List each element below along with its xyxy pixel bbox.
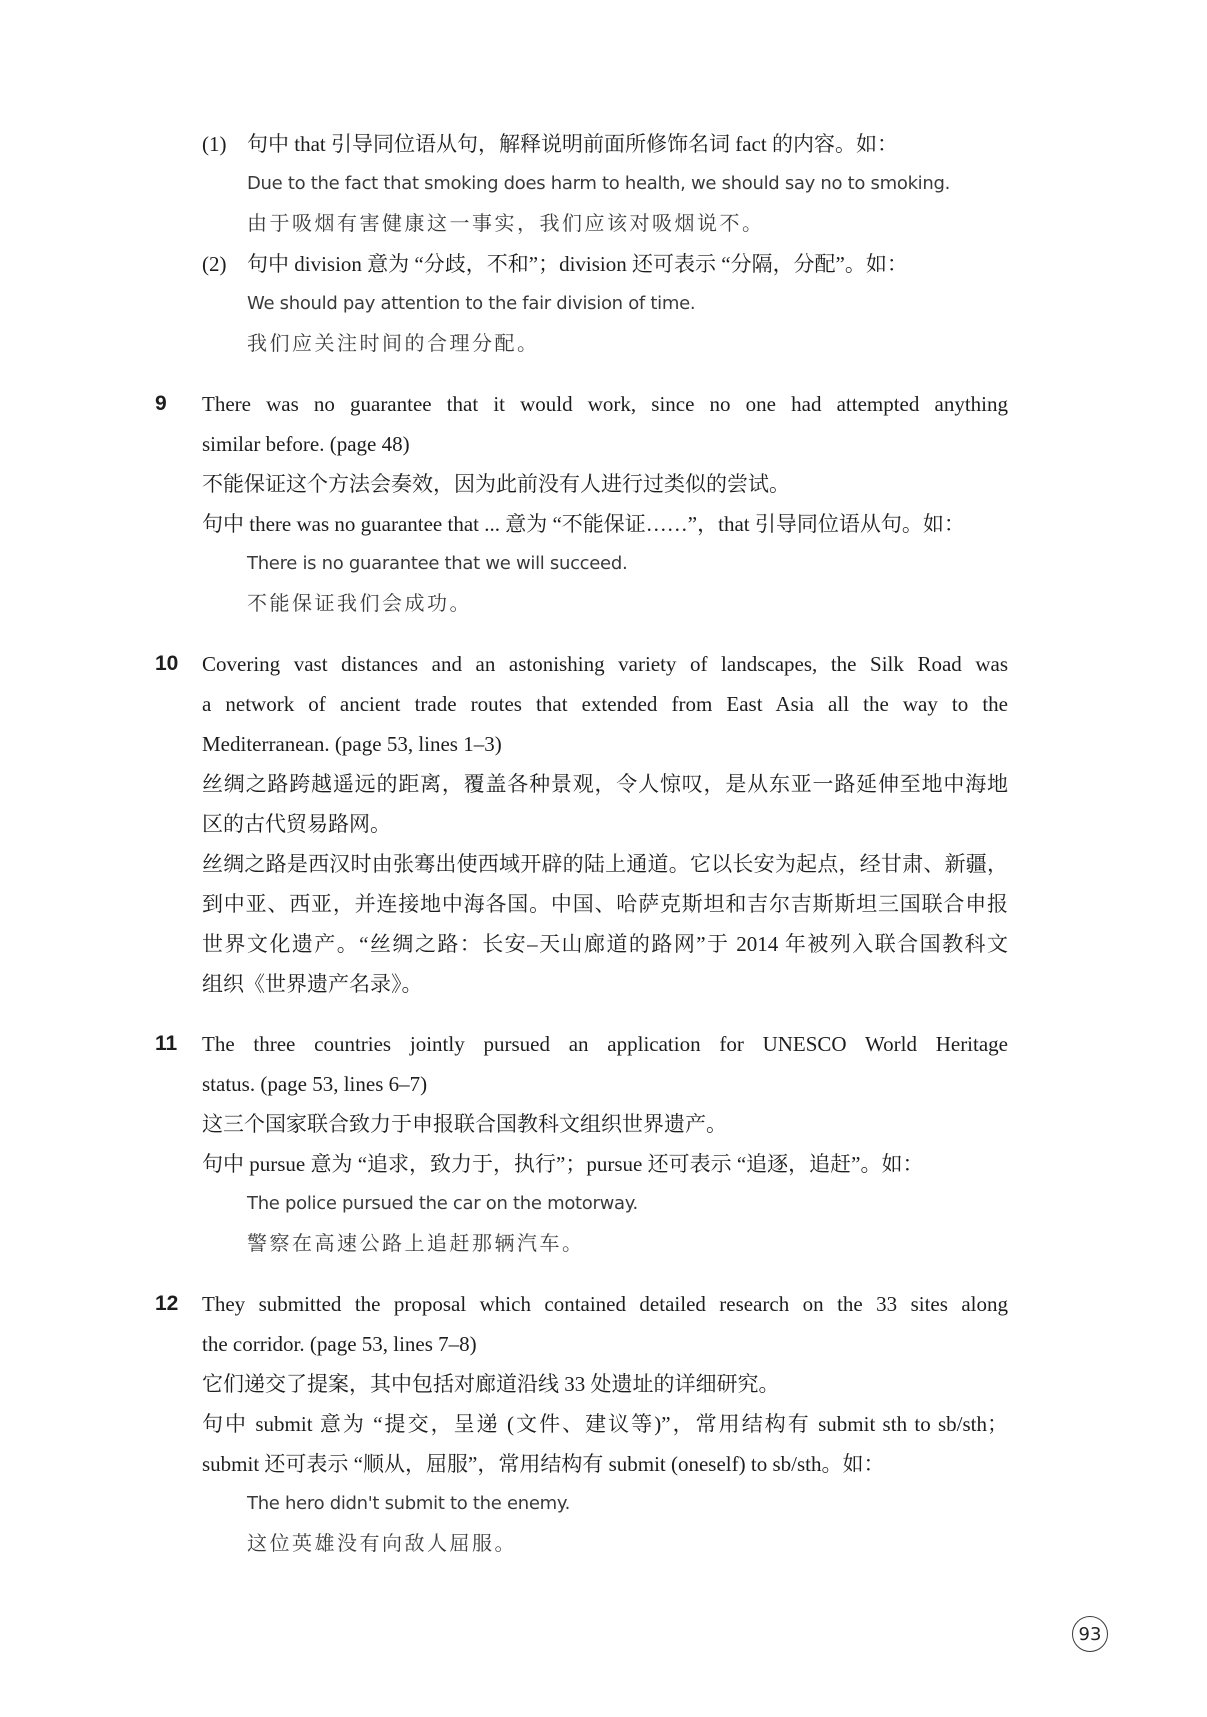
item-number: 11 [155, 1024, 199, 1064]
background-note-line: 丝绸之路是西汉时由张骞出使西域开辟的陆上通道。它以长安为起点，经甘肃、新疆， [202, 844, 1008, 884]
grammar-note: 句中 pursue 意为 “追求，致力于，执行”；pursue 还可表示 “追逐… [202, 1144, 1008, 1184]
example-translation-zh: 不能保证我们会成功。 [247, 584, 1008, 624]
example-sentence-en: There is no guarantee that we will succe… [247, 544, 1008, 584]
item-number: 10 [155, 644, 199, 684]
sentence-line: Covering vast distances and an astonishi… [202, 644, 1008, 684]
background-note-line: 组织《世界遗产名录》。 [202, 964, 1008, 1004]
grammar-note: 句中 there was no guarantee that ... 意为 “不… [202, 504, 1008, 544]
sub-item-2-label: (2) [202, 244, 227, 284]
background-note-line: 世界文化遗产。“丝绸之路：长安–天山廊道的路网”于 2014 年被列入联合国教科… [202, 924, 1008, 964]
page-number-badge: 93 [1072, 1616, 1108, 1652]
translation-line: 丝绸之路跨越遥远的距离，覆盖各种景观，令人惊叹，是从东亚一路延伸至地中海地 [202, 764, 1008, 804]
sentence-line: a network of ancient trade routes that e… [202, 684, 1008, 724]
sentence-line: There was no guarantee that it would wor… [202, 384, 1008, 424]
background-note-line: 到中亚、西亚，并连接地中海各国。中国、哈萨克斯坦和吉尔吉斯斯坦三国联合申报 [202, 884, 1008, 924]
page-content: (1) 句中 that 引导同位语从句，解释说明前面所修饰名词 fact 的内容… [202, 0, 1008, 1564]
grammar-note-line: 句中 submit 意为 “提交，呈递 (文件、建议等)”，常用结构有 subm… [202, 1404, 1008, 1444]
item-number: 9 [155, 384, 199, 424]
item-9: 9 There was no guarantee that it would w… [202, 384, 1008, 624]
translation-line: 不能保证这个方法会奏效，因为此前没有人进行过类似的尝试。 [202, 464, 1008, 504]
grammar-note: 句中 that 引导同位语从句，解释说明前面所修饰名词 fact 的内容。如： [247, 124, 1008, 164]
sentence-line: status. (page 53, lines 6–7) [202, 1064, 1008, 1104]
example-translation-zh: 这位英雄没有向敌人屈服。 [247, 1524, 1008, 1564]
sub-item-2: (2) 句中 division 意为 “分歧，不和”；division 还可表示… [202, 244, 1008, 364]
sub-item-1: (1) 句中 that 引导同位语从句，解释说明前面所修饰名词 fact 的内容… [202, 124, 1008, 244]
example-sentence-en: We should pay attention to the fair divi… [247, 284, 1008, 324]
item-10: 10 Covering vast distances and an astoni… [202, 644, 1008, 1004]
document-page: (1) 句中 that 引导同位语从句，解释说明前面所修饰名词 fact 的内容… [0, 0, 1207, 1717]
sentence-line: They submitted the proposal which contai… [202, 1284, 1008, 1324]
sentence-line: similar before. (page 48) [202, 424, 1008, 464]
example-translation-zh: 警察在高速公路上追赶那辆汽车。 [247, 1224, 1008, 1264]
sentence-line: The three countries jointly pursued an a… [202, 1024, 1008, 1064]
example-sentence-en: The police pursued the car on the motorw… [247, 1184, 1008, 1224]
grammar-note-line: submit 还可表示 “顺从，屈服”，常用结构有 submit (onesel… [202, 1444, 1008, 1484]
translation-line: 这三个国家联合致力于申报联合国教科文组织世界遗产。 [202, 1104, 1008, 1144]
sub-item-1-label: (1) [202, 124, 227, 164]
item-11: 11 The three countries jointly pursued a… [202, 1024, 1008, 1264]
example-sentence-en: Due to the fact that smoking does harm t… [247, 164, 1008, 204]
grammar-note: 句中 division 意为 “分歧，不和”；division 还可表示 “分隔… [247, 244, 1008, 284]
page-number: 93 [1079, 1624, 1102, 1645]
sentence-line: Mediterranean. (page 53, lines 1–3) [202, 724, 1008, 764]
example-translation-zh: 由于吸烟有害健康这一事实，我们应该对吸烟说不。 [247, 204, 1008, 244]
translation-line: 区的古代贸易路网。 [202, 804, 1008, 844]
example-translation-zh: 我们应关注时间的合理分配。 [247, 324, 1008, 364]
item-12: 12 They submitted the proposal which con… [202, 1284, 1008, 1564]
item-number: 12 [155, 1284, 199, 1324]
example-sentence-en: The hero didn't submit to the enemy. [247, 1484, 1008, 1524]
translation-line: 它们递交了提案，其中包括对廊道沿线 33 处遗址的详细研究。 [202, 1364, 1008, 1404]
sentence-line: the corridor. (page 53, lines 7–8) [202, 1324, 1008, 1364]
